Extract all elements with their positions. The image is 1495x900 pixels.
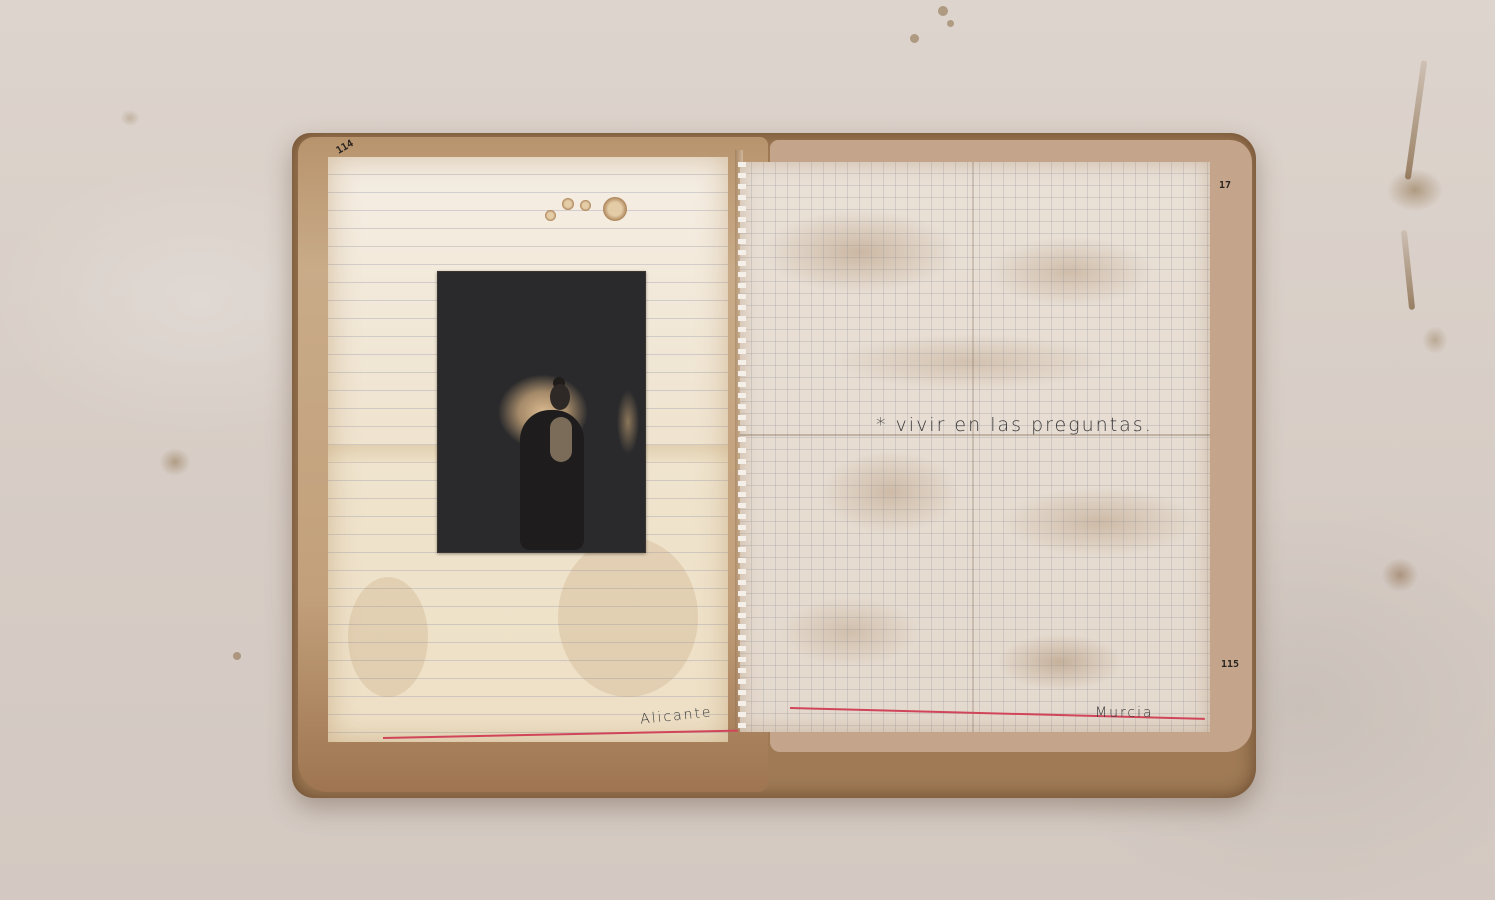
handwritten-quote: * vivir en las preguntas. [876, 414, 1153, 436]
stain-spot [938, 6, 948, 16]
page-number-right-bottom: 115 [1221, 659, 1239, 670]
figure-bare-back [550, 417, 572, 462]
page-number-right-top: 17 [1219, 180, 1231, 191]
coffee-drop [545, 210, 556, 221]
figure-head [550, 384, 570, 410]
coffee-drop [580, 200, 591, 211]
coffee-drop [562, 198, 574, 210]
stain-spot [910, 34, 919, 43]
handwritten-city-right: Murcia [1095, 705, 1154, 721]
water-stain [558, 537, 698, 697]
perforated-edge [738, 162, 746, 732]
fold-crease-vertical [972, 162, 974, 732]
stain-spot [233, 652, 241, 660]
vintage-photograph [437, 271, 646, 553]
stain-spot [947, 20, 954, 27]
coffee-drop [603, 197, 627, 221]
right-grid-page [740, 162, 1210, 732]
water-stain [348, 577, 428, 697]
